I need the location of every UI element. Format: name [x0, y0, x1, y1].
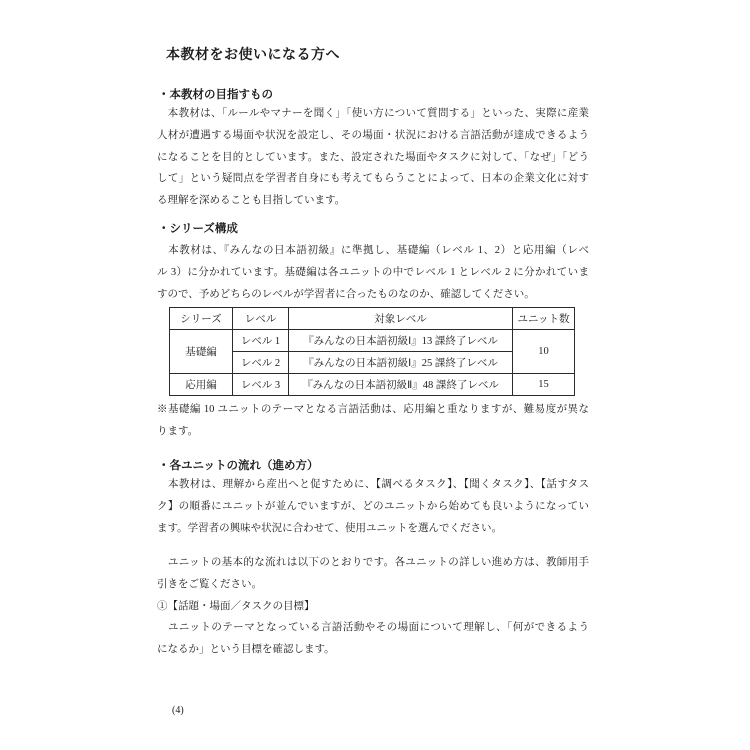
- text-line: 本教材は、『みんなの日本語初級』に準拠し、基礎編（レベル 1、2）と応用編（レベ: [157, 240, 589, 262]
- column-header: シリーズ: [170, 308, 233, 330]
- column-header: ユニット数: [513, 308, 575, 330]
- cell-series: 応用編: [170, 374, 233, 396]
- paragraph-series: 本教材は、『みんなの日本語初級』に準拠し、基礎編（レベル 1、2）と応用編（レベ…: [157, 240, 589, 305]
- cell-target-level: 『みんなの日本語初級Ⅰ』13 課終了レベル: [289, 330, 513, 352]
- section-heading-series: ・シリーズ構成: [158, 222, 238, 236]
- section-heading-goals: ・本教材の目指すもの: [158, 88, 273, 102]
- cell-unit-count: 10: [513, 330, 575, 374]
- step-1-label: ①【話題・場面／タスクの目標】: [157, 596, 589, 618]
- page-number: (4): [172, 705, 184, 717]
- cell-unit-count: 15: [513, 374, 575, 396]
- cell-series: 基礎編: [170, 330, 233, 374]
- text-line: 本教材は、理解から産出へと促すために、【調べるタスク】、【聞くタスク】、【話すタ…: [157, 474, 589, 496]
- document-page: 本教材をお使いになる方へ ・本教材の目指すもの 本教材は、「ルールやマナーを聞く…: [0, 0, 750, 750]
- table-note-line: ります。: [157, 421, 589, 443]
- text-line: になることを目的としています。また、設定された場面やタスクに対して、「なぜ」「ど…: [157, 147, 589, 169]
- table-row: 基礎編 レベル 1 『みんなの日本語初級Ⅰ』13 課終了レベル 10: [170, 330, 575, 352]
- text-line: 引きをご覧ください。: [157, 574, 589, 596]
- series-table: シリーズ レベル 対象レベル ユニット数 基礎編 レベル 1 『みんなの日本語初…: [169, 307, 575, 396]
- text-line: 人材が遭遇する場面や状況を設定し、その場面・状況における言語活動が達成できるよう: [157, 125, 589, 147]
- section-heading-flow: ・各ユニットの流れ（進め方）: [158, 459, 319, 473]
- paragraph-goals: 本教材は、「ルールやマナーを聞く」「使い方について質問する」といった、実際に産業…: [157, 103, 589, 212]
- text-line: ク】の順番にユニットが並んでいますが、どのユニットから始めても良いようになってい: [157, 496, 589, 518]
- text-line: ます。学習者の興味や状況に合わせて、使用ユニットを選んでください。: [157, 518, 589, 540]
- cell-level: レベル 3: [233, 374, 289, 396]
- text-line: して」という疑問点を学習者自身にも考えてもらうことによって、日本の企業文化に対す: [157, 168, 589, 190]
- cell-level: レベル 1: [233, 330, 289, 352]
- cell-level: レベル 2: [233, 352, 289, 374]
- paragraph-flow: 本教材は、理解から産出へと促すために、【調べるタスク】、【聞くタスク】、【話すタ…: [157, 474, 589, 539]
- text-line: 本教材は、「ルールやマナーを聞く」「使い方について質問する」といった、実際に産業: [157, 103, 589, 125]
- column-header: 対象レベル: [289, 308, 513, 330]
- cell-target-level: 『みんなの日本語初級Ⅱ』48 課終了レベル: [289, 374, 513, 396]
- text-line: ユニットの基本的な流れは以下のとおりです。各ユニットの詳しい進め方は、教師用手: [157, 552, 589, 574]
- table-row: 応用編 レベル 3 『みんなの日本語初級Ⅱ』48 課終了レベル 15: [170, 374, 575, 396]
- table-note-line: ※基礎編 10 ユニットのテーマとなる言語活動は、応用編と重なりますが、難易度が…: [157, 399, 589, 421]
- step-1: ①【話題・場面／タスクの目標】: [157, 596, 589, 618]
- column-header: レベル: [233, 308, 289, 330]
- text-line: ユニットのテーマとなっている言語活動やその場面について理解し、「何ができるよう: [157, 617, 589, 639]
- text-line: ル 3）に分かれています。基礎編は各ユニットの中でレベル 1 とレベル 2 に分…: [157, 262, 589, 284]
- paragraph-flow-intro: ユニットの基本的な流れは以下のとおりです。各ユニットの詳しい進め方は、教師用手 …: [157, 552, 589, 596]
- text-line: になるか」という目標を確認します。: [157, 639, 589, 661]
- table-note: ※基礎編 10 ユニットのテーマとなる言語活動は、応用編と重なりますが、難易度が…: [157, 399, 589, 443]
- text-line: すので、予めどちらのレベルが学習者に合ったものなのか、確認してください。: [157, 284, 589, 306]
- text-line: る理解を深めることも目指しています。: [157, 190, 589, 212]
- cell-target-level: 『みんなの日本語初級Ⅰ』25 課終了レベル: [289, 352, 513, 374]
- paragraph-step-1: ユニットのテーマとなっている言語活動やその場面について理解し、「何ができるよう …: [157, 617, 589, 661]
- table-header-row: シリーズ レベル 対象レベル ユニット数: [170, 308, 575, 330]
- page-title: 本教材をお使いになる方へ: [166, 46, 340, 63]
